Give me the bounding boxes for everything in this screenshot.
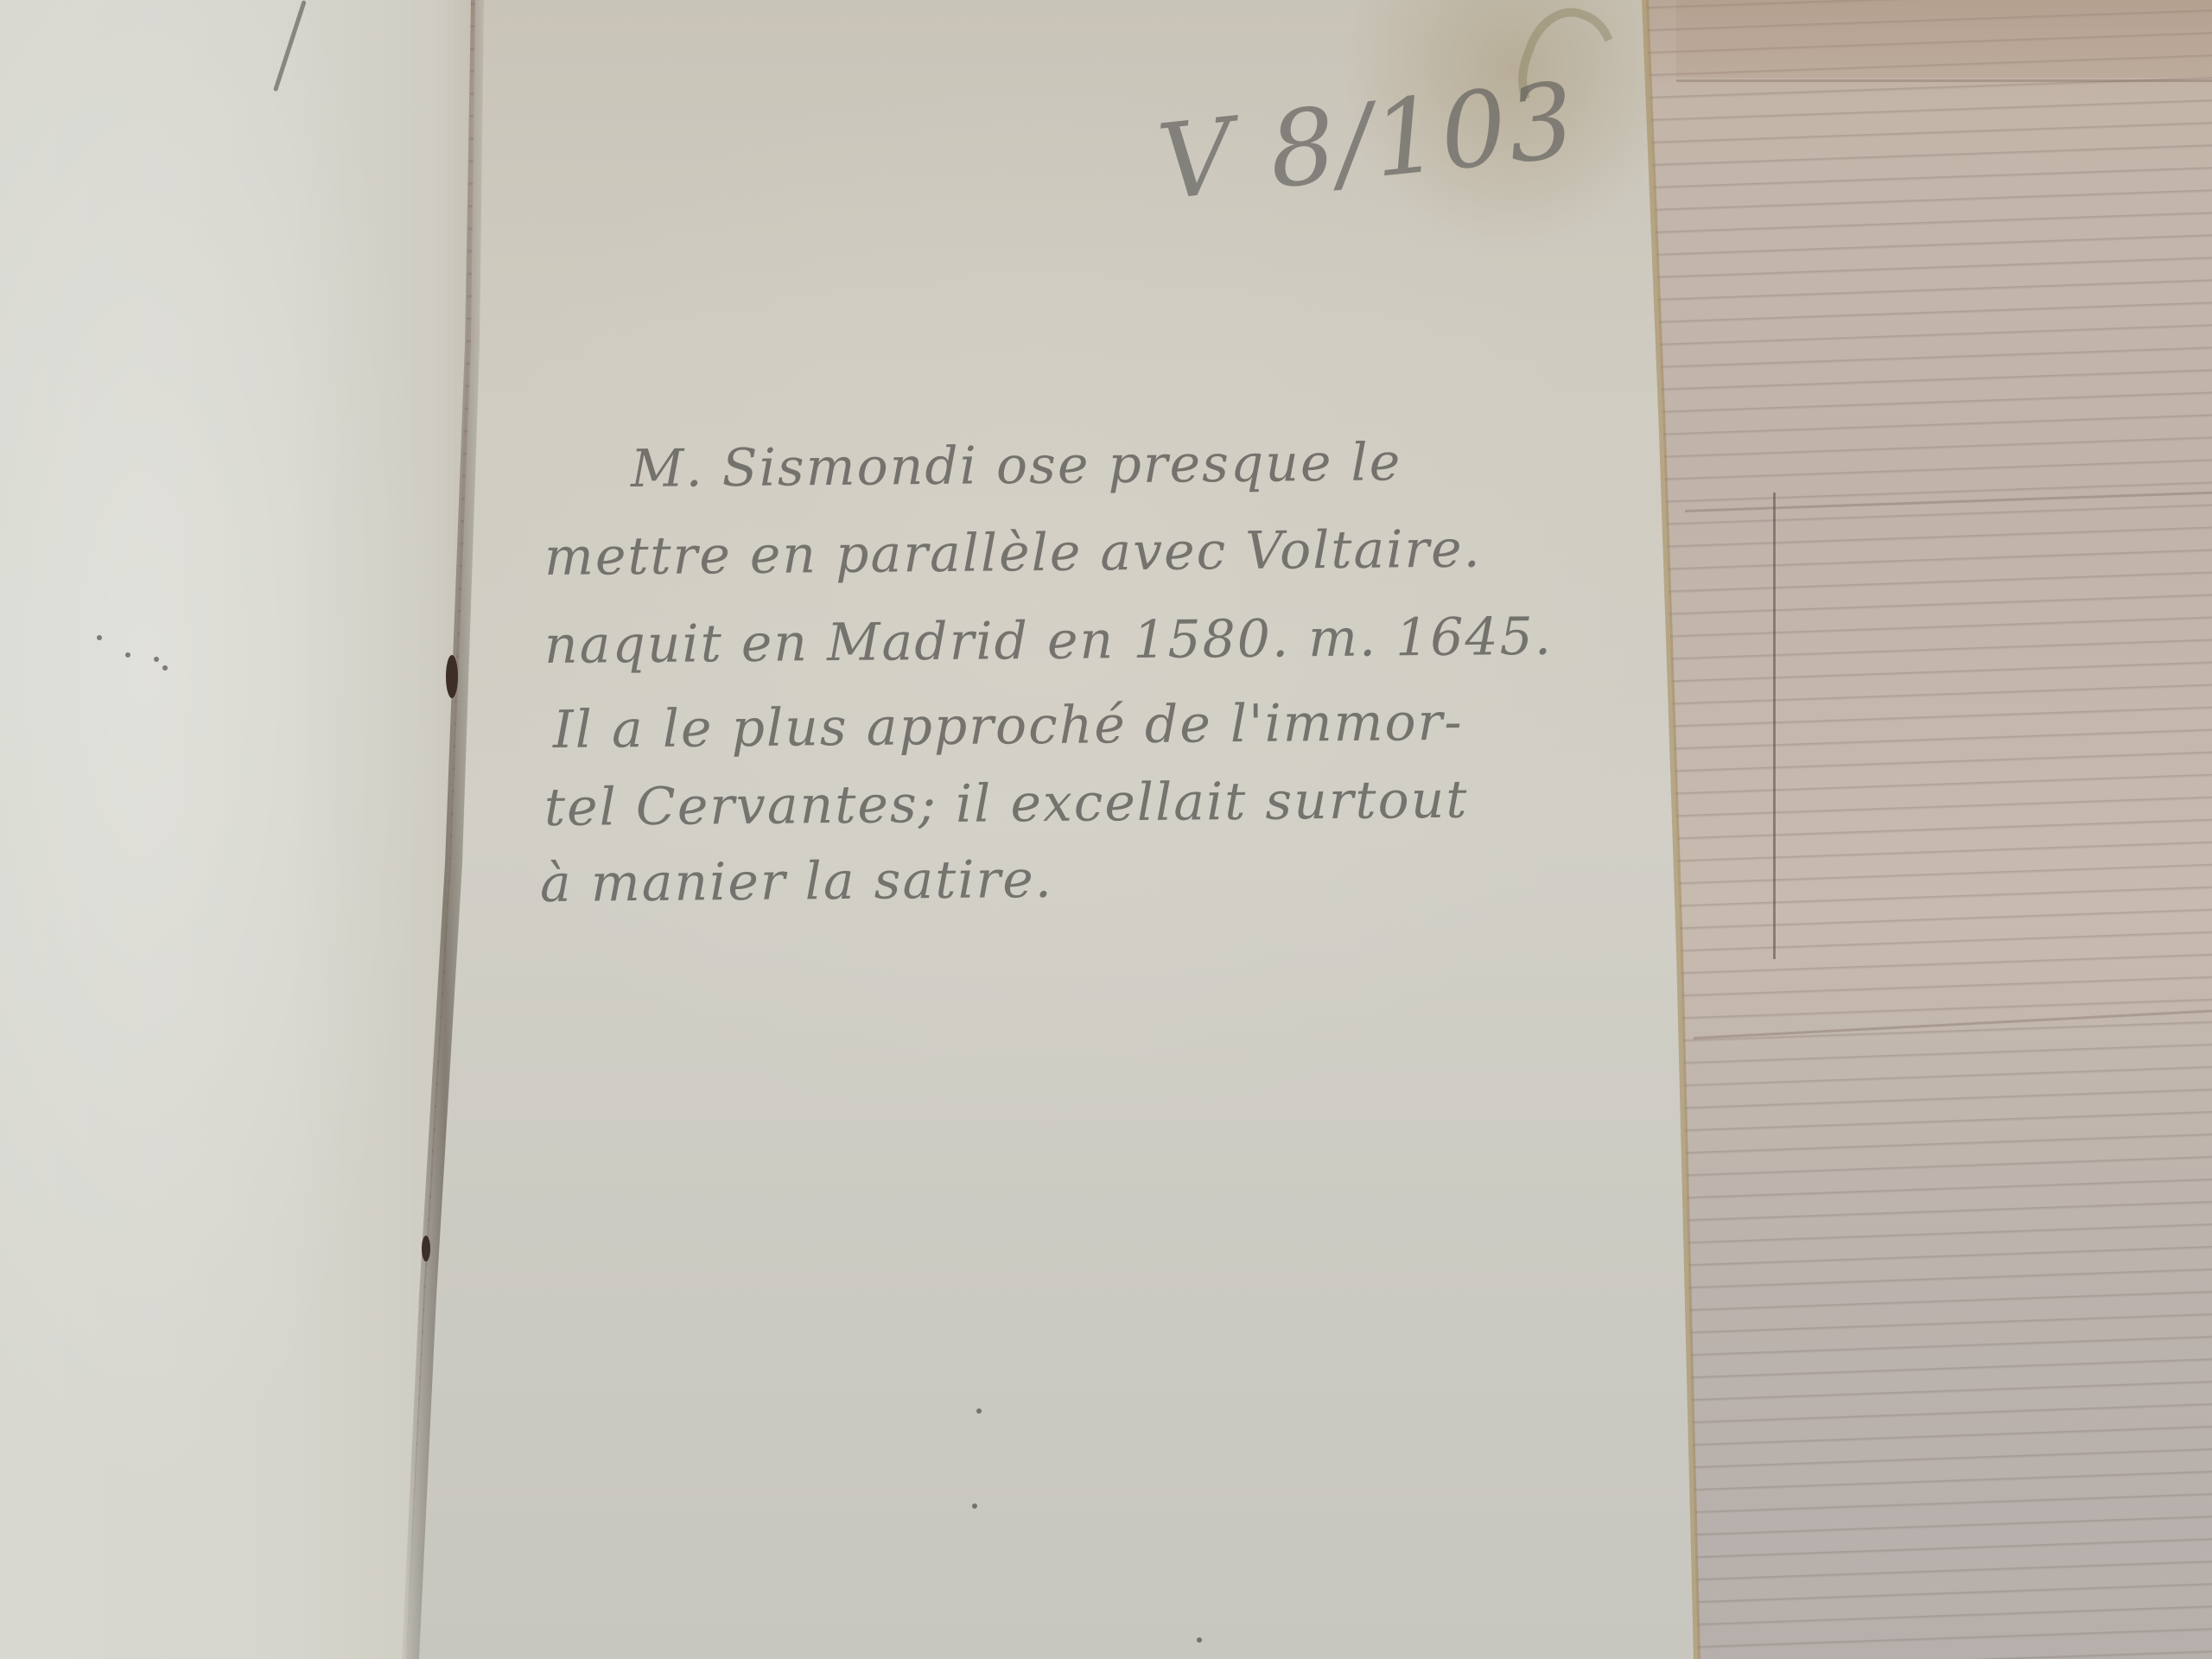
- wood-board-seam: [1676, 79, 2212, 82]
- foxing-speck: [125, 652, 130, 658]
- foxing-speck: [162, 665, 168, 671]
- inscription-line-2: mettre en parallèle avec Voltaire.: [544, 519, 1482, 588]
- worm-hole: [446, 655, 458, 698]
- inscription-line-5: tel Cervantes; il excellait surtout: [544, 770, 1469, 838]
- inscription-line-6: à manier la satire.: [540, 849, 1053, 914]
- foxing-speck: [972, 1503, 977, 1509]
- inscription-line-3: naquit en Madrid en 1580. m. 1645.: [544, 607, 1553, 676]
- wood-board-seam: [1685, 491, 2212, 512]
- left-page: [0, 0, 484, 1659]
- inscription-line-1: M. Sismondi ose presque le: [631, 432, 1402, 499]
- book-photo-scene: V 8/103 M. Sismondi ose presque le mettr…: [0, 0, 2212, 1659]
- wood-board-band: [1676, 0, 2212, 78]
- foxing-speck: [1197, 1637, 1202, 1643]
- worm-hole: [422, 1236, 430, 1262]
- foxing-speck: [976, 1408, 982, 1414]
- foxing-speck: [154, 657, 159, 662]
- wood-board-seam: [1694, 1009, 2212, 1039]
- inscription-line-4: Il a le plus approché de l'immor-: [553, 692, 1464, 760]
- wood-board-seam-vertical: [1773, 493, 1776, 959]
- foxing-speck: [97, 635, 102, 640]
